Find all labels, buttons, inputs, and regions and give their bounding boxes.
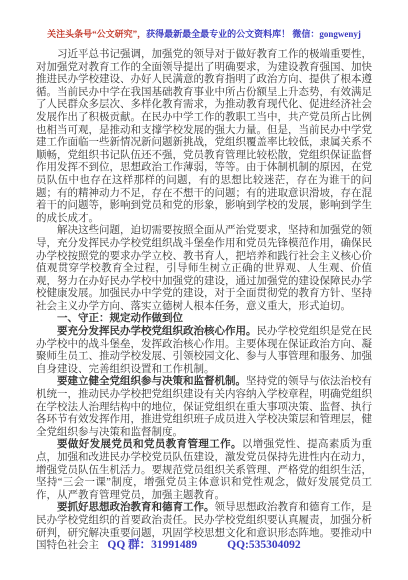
paragraph-member-management: 要做好发展党员和党员教育管理工作。以增强党性、提高素质为重点，加强和改进民办学校… bbox=[36, 439, 372, 502]
document-body: 习近平总书记强调，加强党的领导对于做好教育工作的极端重要性，对加强党对教育工作的… bbox=[36, 49, 372, 553]
paragraph-lead: 要建立健全党组织参与决策和监督机制。 bbox=[57, 376, 246, 387]
document-page: 关注头条号“公文研究”，获得最新最全最专业的公文资料库！ 微信：gongweny… bbox=[0, 0, 408, 580]
promo-header: 关注头条号“公文研究”，获得最新最全最专业的公文资料库！ 微信：gongweny… bbox=[0, 27, 408, 40]
section-heading-text: 一、守正：规定动作做到位 bbox=[57, 313, 183, 324]
qq-group-number: QQ 群：31991489 bbox=[107, 539, 197, 551]
paragraph-solution: 解决这些问题，迫切需要按照全面从严治党要求，坚持和加强党的领导，充分发挥民办学校… bbox=[36, 225, 372, 313]
contact-footer: QQ 群：31991489QQ:535304092 bbox=[0, 536, 408, 552]
paragraph-lead: 要充分发挥民办学校党组织政治核心作用。 bbox=[57, 326, 257, 337]
promo-header-red-text: 关注头条号“公文研究”， bbox=[47, 29, 146, 39]
paragraph-lead: 要做好发展党员和党员教育管理工作。 bbox=[57, 439, 242, 450]
qq-number: QQ:535304092 bbox=[227, 539, 300, 551]
paragraph-text: 解决这些问题，迫切需要按照全面从严治党要求，坚持和加强党的领导，充分发挥民办学校… bbox=[36, 225, 372, 312]
section-heading: 一、守正：规定动作做到位 bbox=[36, 313, 372, 326]
paragraph-text: 习近平总书记强调，加强党的领导对于做好教育工作的极端重要性，对加强党对教育工作的… bbox=[36, 49, 372, 224]
paragraph-decision-supervision: 要建立健全党组织参与决策和监督机制。坚持党的领导与依法治校有机统一，推动民办学校… bbox=[36, 376, 372, 439]
paragraph-lead: 要抓好思想政治教育和德育工作。 bbox=[57, 502, 215, 513]
paragraph-political-core: 要充分发挥民办学校党组织政治核心作用。民办学校党组织是党在民办学校中的战斗堡垒，… bbox=[36, 326, 372, 376]
promo-header-blue-text: 获得最新最全最专业的公文资料库！ 微信：gongwenyj bbox=[146, 29, 361, 39]
paragraph-intro: 习近平总书记强调，加强党的领导对于做好教育工作的极端重要性，对加强党对教育工作的… bbox=[36, 49, 372, 225]
